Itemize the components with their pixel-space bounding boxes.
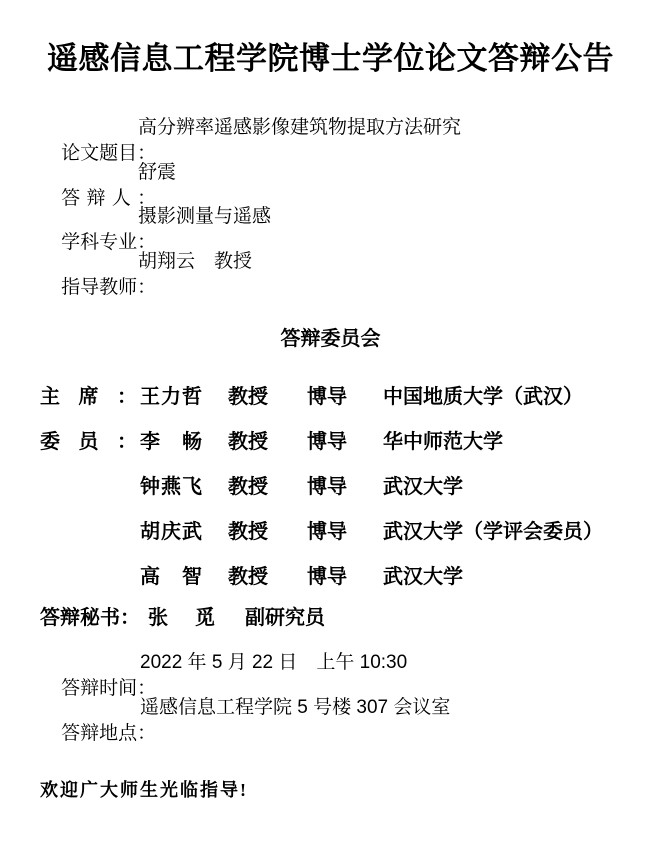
secretary-name: 张觅 — [148, 605, 215, 631]
defense-location-value: 遥感信息工程学院 5 号楼 307 会议室 — [140, 695, 450, 721]
committee-member-name: 王力哲 — [140, 384, 202, 410]
committee-row-member: 钟燕飞 教授 博导 武汉大学 — [40, 474, 640, 500]
committee-member-supervisor: 博导 — [307, 564, 347, 590]
defense-time-row: 答辩时间： 2022 年 5 月 22 日 上午 10:30 — [40, 650, 640, 676]
committee-row-chair: 主席： 王力哲 教授 博导 中国地质大学（武汉） — [40, 384, 640, 410]
committee-member-name: 李畅 — [140, 429, 202, 455]
defense-location-label: 答辩地点： — [61, 721, 156, 747]
committee-member-name: 胡庆武 — [140, 519, 202, 545]
secretary-title: 副研究员 — [245, 605, 325, 631]
committee-secretary-row: 答辩秘书： 张觅 副研究员 — [40, 605, 640, 631]
committee-member-affiliation: 中国地质大学（武汉） — [383, 384, 583, 410]
committee-member-title: 教授 — [228, 564, 268, 590]
advisor-value: 胡翔云 教授 — [138, 249, 252, 275]
advisor-label: 指导教师： — [61, 275, 156, 301]
committee-role: 委员： — [40, 429, 137, 455]
secretary-label: 答辩秘书： — [40, 605, 140, 631]
committee-row-member: 高智 教授 博导 武汉大学 — [40, 564, 640, 590]
committee-row-member: 委员： 李畅 教授 博导 华中师范大学 — [40, 429, 640, 455]
committee-member-name: 钟燕飞 — [140, 474, 202, 500]
info-row-defender: 答辩人： 舒震 — [40, 160, 640, 186]
committee-member-affiliation: 武汉大学 — [383, 564, 463, 590]
committee-member-affiliation: 武汉大学 — [383, 474, 463, 500]
committee-member-supervisor: 博导 — [307, 519, 347, 545]
defense-time-value: 2022 年 5 月 22 日 上午 10:30 — [140, 650, 407, 676]
committee-role: 主席： — [40, 384, 137, 410]
committee-member-affiliation: 华中师范大学 — [383, 429, 503, 455]
committee-member-supervisor: 博导 — [307, 429, 347, 455]
discipline-value: 摄影测量与遥感 — [138, 204, 271, 230]
defender-value: 舒震 — [138, 160, 176, 186]
info-row-discipline: 学科专业： 摄影测量与遥感 — [40, 204, 640, 230]
committee-member-supervisor: 博导 — [307, 474, 347, 500]
committee-member-name: 高智 — [140, 564, 202, 590]
defense-location-row: 答辩地点： 遥感信息工程学院 5 号楼 307 会议室 — [40, 695, 640, 721]
committee-member-title: 教授 — [228, 384, 268, 410]
committee-member-affiliation: 武汉大学（学评会委员） — [383, 519, 603, 545]
committee-member-title: 教授 — [228, 429, 268, 455]
committee-member-title: 教授 — [228, 519, 268, 545]
announcement-page: 遥感信息工程学院博士学位论文答辩公告 论文题目： 高分辨率遥感影像建筑物提取方法… — [0, 0, 661, 855]
thesis-title-value: 高分辨率遥感影像建筑物提取方法研究 — [138, 115, 461, 141]
info-row-thesis-title: 论文题目： 高分辨率遥感影像建筑物提取方法研究 — [40, 115, 640, 141]
committee-member-supervisor: 博导 — [307, 384, 347, 410]
committee-row-member: 胡庆武 教授 博导 武汉大学（学评会委员） — [40, 519, 640, 545]
page-title: 遥感信息工程学院博士学位论文答辩公告 — [0, 40, 661, 78]
committee-member-title: 教授 — [228, 474, 268, 500]
info-row-advisor: 指导教师： 胡翔云 教授 — [40, 249, 640, 275]
committee-heading: 答辩委员会 — [0, 326, 661, 352]
welcome-note: 欢迎广大师生光临指导! — [40, 778, 248, 802]
